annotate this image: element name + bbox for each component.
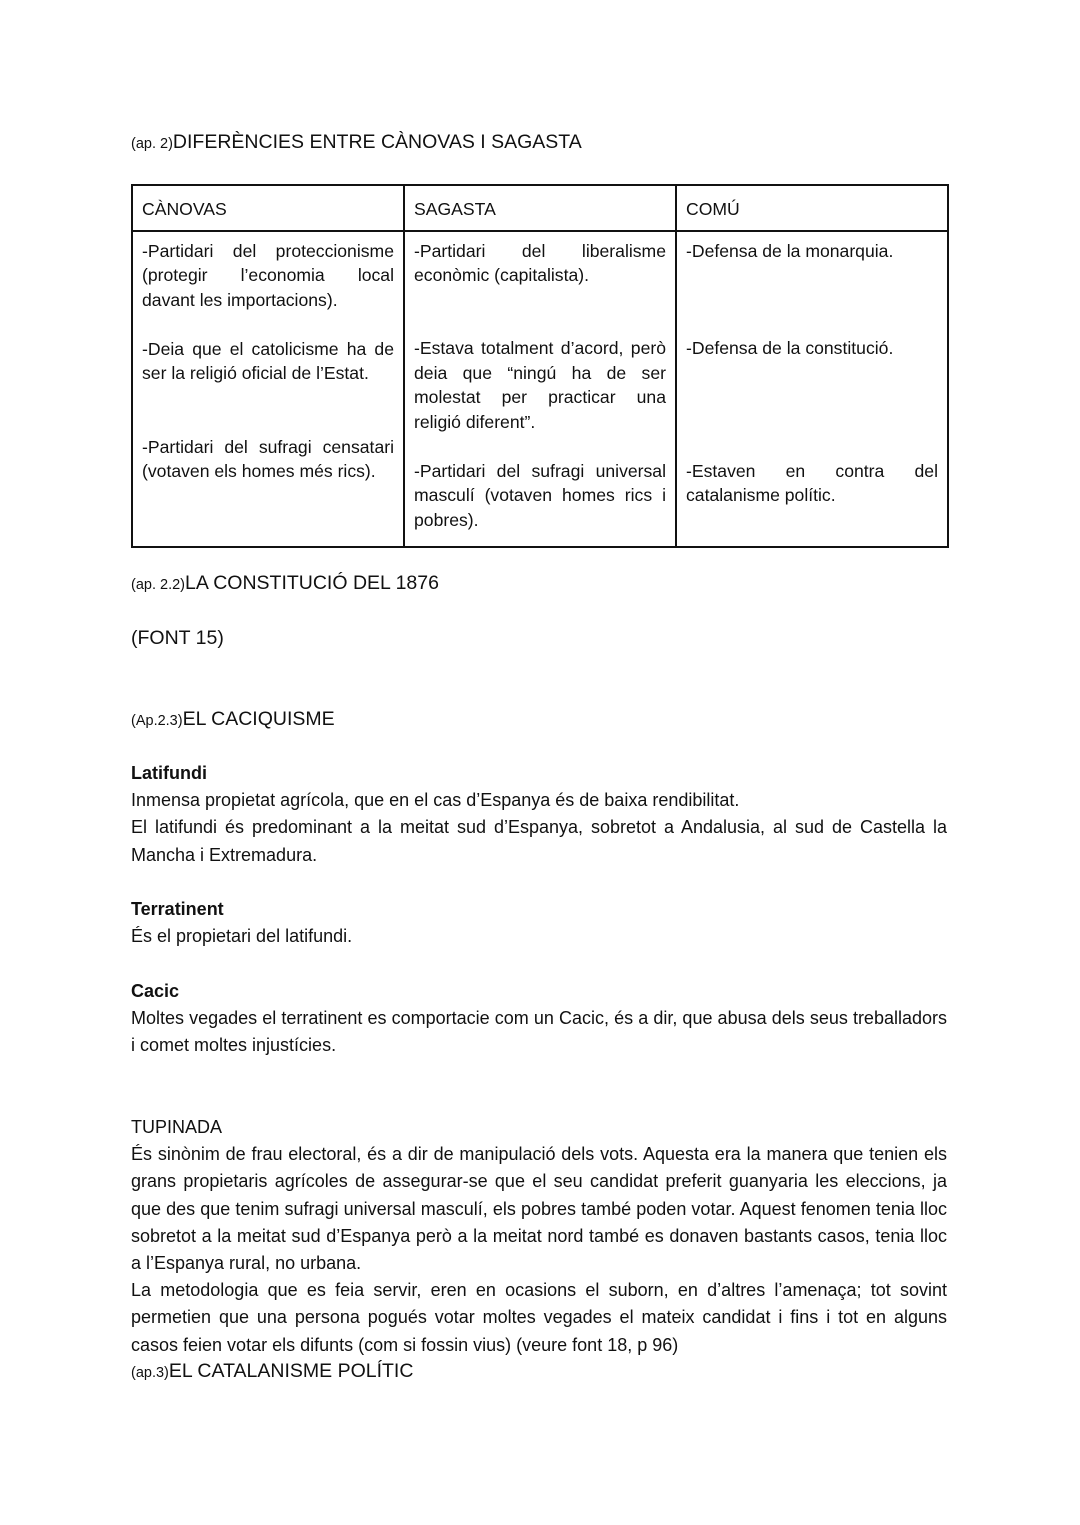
cell-item: -Defensa de la monarquia.: [686, 239, 938, 312]
cell-item: -Partidari del sufragi universal masculí…: [414, 459, 666, 533]
header-sagasta: SAGASTA: [404, 185, 676, 231]
cell-item: -Partidari del proteccionisme (protegir …: [142, 239, 394, 313]
header-canovas: CÀNOVAS: [132, 185, 404, 231]
definition-text: El latifundi és predominant a la meitat …: [131, 814, 947, 868]
section-title: LA CONSTITUCIÓ DEL 1876: [185, 572, 439, 594]
section-prefix: (ap. 2): [131, 136, 173, 152]
term-cacic: Cacic: [131, 978, 947, 1005]
section-prefix: (ap. 2.2): [131, 577, 185, 593]
section-heading-differences: (ap. 2)DIFERÈNCIES ENTRE CÀNOVAS I SAGAS…: [131, 131, 582, 154]
cell-item: -Defensa de la constitució.: [686, 336, 938, 434]
section-heading-catalanisme: (ap.3)EL CATALANISME POLÍTIC: [131, 1360, 413, 1383]
cell-item: -Deia que el catolicisme ha de ser la re…: [142, 337, 394, 386]
definition-tupinada: TUPINADA És sinònim de frau electoral, é…: [131, 1114, 947, 1359]
definition-cacic: Cacic Moltes vegades el terratinent es c…: [131, 978, 947, 1060]
section-prefix: (Ap.2.3): [131, 713, 183, 729]
source-note: (FONT 15): [131, 627, 224, 650]
cell-item: -Partidari del liberalisme econòmic (cap…: [414, 239, 666, 312]
table-row: -Partidari del proteccionisme (protegir …: [132, 231, 948, 547]
section-title: EL CACIQUISME: [183, 708, 335, 730]
cell-item: -Estava totalment d’acord, però deia que…: [414, 336, 666, 434]
cell-canovas: -Partidari del proteccionisme (protegir …: [132, 231, 404, 547]
term-terratinent: Terratinent: [131, 896, 947, 923]
comparison-table: CÀNOVAS SAGASTA COMÚ -Partidari del prot…: [131, 184, 949, 548]
section-heading-caciquisme: (Ap.2.3)EL CACIQUISME: [131, 708, 335, 731]
term-tupinada: TUPINADA: [131, 1114, 947, 1141]
cell-comu: -Defensa de la monarquia. -Defensa de la…: [676, 231, 948, 547]
section-heading-constitution: (ap. 2.2)LA CONSTITUCIÓ DEL 1876: [131, 572, 439, 595]
section-prefix: (ap.3): [131, 1365, 169, 1381]
header-comu: COMÚ: [676, 185, 948, 231]
cell-item: -Estaven en contra del catalanisme polít…: [686, 459, 938, 508]
definition-text: És el propietari del latifundi.: [131, 923, 947, 950]
definition-terratinent: Terratinent És el propietari del latifun…: [131, 896, 947, 950]
definition-text: La metodologia que es feia servir, eren …: [131, 1277, 947, 1359]
table-header-row: CÀNOVAS SAGASTA COMÚ: [132, 185, 948, 231]
cell-item: -Partidari del sufragi censatari (votave…: [142, 435, 394, 484]
section-title: EL CATALANISME POLÍTIC: [169, 1360, 414, 1382]
term-latifundi: Latifundi: [131, 760, 947, 787]
definition-text: Inmensa propietat agrícola, que en el ca…: [131, 787, 947, 814]
definition-text: Moltes vegades el terratinent es comport…: [131, 1005, 947, 1059]
section-title: DIFERÈNCIES ENTRE CÀNOVAS I SAGASTA: [173, 131, 582, 153]
definition-text: És sinònim de frau electoral, és a dir d…: [131, 1141, 947, 1277]
cell-sagasta: -Partidari del liberalisme econòmic (cap…: [404, 231, 676, 547]
definition-latifundi: Latifundi Inmensa propietat agrícola, qu…: [131, 760, 947, 869]
